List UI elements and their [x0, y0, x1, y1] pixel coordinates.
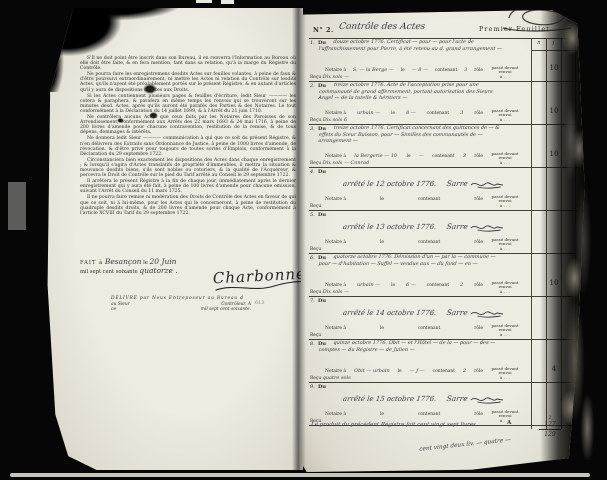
- instruction-paragraph: Ne contrôlera aucuns Actes que ceux fait…: [80, 115, 296, 135]
- le-label: le: [380, 326, 384, 331]
- notaire-label: Notaire à: [325, 369, 346, 374]
- notary-row: Notaire à le contenant rôle: [325, 240, 483, 245]
- fait-year-hand: quatorze .: [139, 266, 177, 275]
- paraph-flourish-header: [499, 0, 579, 38]
- du-label: Du: [318, 212, 326, 218]
- entry-number: 4.: [310, 169, 315, 175]
- recu-value: quatre sols: [323, 375, 351, 381]
- instruction-paragraph: S'Il ne doit point être inscrit dans son…: [80, 56, 296, 71]
- contenant-value: 3: [464, 67, 467, 73]
- controller-name: Sarre: [446, 308, 468, 317]
- le-value: — ƒ —: [410, 368, 425, 374]
- notaire-label: Notaire à: [325, 68, 346, 73]
- recu-label: Reçu: [310, 161, 321, 166]
- diagonal-note: cent vingt deux liv. — quatre —: [419, 437, 511, 453]
- folio-number: N° 2.: [313, 26, 334, 34]
- a-dots-label: à . . .: [485, 161, 525, 166]
- entry-body-handwriting: quatorze octobre 1776. Démission d'un — …: [318, 254, 507, 267]
- a-dots-label: à . . .: [485, 247, 525, 252]
- le-value: — 8 —: [412, 67, 428, 73]
- arrete-line: arrêté le 15 octobre 1776. Sarre: [342, 394, 533, 404]
- delivre-ce: ce: [111, 307, 116, 313]
- role-label: rôle: [474, 369, 483, 374]
- le-label: le: [391, 283, 395, 288]
- recu-row: Reçu Dix sols —: [310, 74, 349, 80]
- contenant-label: contenant: [418, 197, 440, 202]
- le-label: le: [380, 240, 384, 245]
- register-entry: 8. Du quinze octobre 1776. Obit — et l'H…: [309, 340, 577, 383]
- register-table: ₶ ſ d. 1. Du douze octobre 1776. Certifi…: [309, 38, 577, 417]
- notaire-value: la Bergerie — 10 ƒ: [354, 153, 398, 159]
- delivre-year: mil sept cent soixante.: [201, 307, 251, 313]
- entry-number: 7.: [310, 298, 315, 304]
- recu-value: Dix sols —: [323, 74, 349, 80]
- produit-line: Le produit du précédent Régistre fait ce…: [311, 422, 492, 428]
- passe-devant-stack: passé devant renvoi à . . .: [485, 195, 525, 209]
- le-value: —: [419, 153, 424, 159]
- du-label: Du: [318, 169, 326, 175]
- instruction-paragraph: Circonstanciera bien exactement les disp…: [80, 158, 296, 178]
- le-label: le: [407, 154, 411, 159]
- passe-devant-stack: passé devant renvoi à . . .: [485, 238, 525, 252]
- a-dots-label: à . . .: [485, 290, 525, 295]
- recu-row: Reçu Dix sols 6: [310, 117, 347, 123]
- role-label: rôle: [474, 111, 483, 116]
- contenant-label: contenant: [427, 283, 449, 288]
- recu-row: Reçu: [310, 203, 321, 209]
- le-label: le: [401, 68, 405, 73]
- notary-row: Notaire à urbain — le 6 — contenant 2 rô…: [325, 282, 483, 288]
- notaire-value: Obit — urbain: [354, 368, 390, 374]
- controller-name: Sarre: [446, 179, 468, 188]
- contenant-value: 2: [463, 368, 466, 374]
- scan-bottom-strip: [10, 473, 590, 477]
- scan-speck: [196, 0, 212, 3]
- fait-prefix: FAIT à: [80, 260, 103, 266]
- controller-name: Sarre: [446, 222, 468, 231]
- scan-speck: [221, 0, 234, 4]
- entry-number: 1.: [310, 40, 315, 46]
- role-label: rôle: [474, 197, 483, 202]
- recu-label: Reçu: [310, 333, 321, 338]
- notaire-label: Notaire à: [325, 326, 346, 331]
- passe-devant-stack: passé devant renvoi à . . .: [485, 109, 525, 123]
- passe-devant-stack: passé devant renvoi à . . .: [485, 324, 525, 338]
- right-page: N° 2. Contrôle des Actes Premier Feuille…: [301, 10, 586, 472]
- contenant-label: contenant: [418, 326, 440, 331]
- a-dots-label: à . . .: [485, 204, 525, 209]
- arrete-line: arrêté le 12 octobre 1776. Sarre: [342, 179, 533, 189]
- arrete-text: arrêté le 12 octobre 1776.: [342, 180, 436, 188]
- a-dots-label: à . . .: [485, 75, 525, 80]
- passe-devant-stack: passé devant renvoi à . . .: [485, 66, 525, 80]
- entry-body-handwriting: treize octobre 1776. Acte de l'acceptati…: [318, 82, 508, 102]
- printed-instructions: S'Il ne doit point être inscrit dans son…: [80, 56, 296, 217]
- recu-label: Reçu: [310, 247, 321, 252]
- entry-body-handwriting: treize octobre 1776. Certificat concerna…: [318, 125, 508, 145]
- left-page: S'Il ne doit point être inscrit dans son…: [45, 8, 303, 470]
- recu-row: Reçu: [310, 246, 321, 252]
- notary-row: Notaire à urbain — le 8 — contenant 3 rô…: [325, 110, 483, 116]
- le-label: le: [380, 197, 384, 202]
- fait-place: Besançon: [105, 257, 142, 266]
- notary-row: Notaire à Obit — urbain le — ƒ — contena…: [325, 368, 483, 374]
- paraph-flourish: [469, 180, 504, 189]
- le-value: 8 —: [406, 110, 416, 116]
- arrete-text: arrêté le 15 octobre 1776.: [342, 395, 436, 403]
- a-dots-label: à . . .: [485, 333, 525, 338]
- contenant-label: contenant: [433, 369, 455, 374]
- paraph-flourish: [469, 395, 504, 404]
- notaire-value: urbain —: [357, 110, 380, 116]
- arrete-text: arrêté le 13 octobre 1776.: [342, 223, 436, 231]
- role-label: rôle: [474, 240, 483, 245]
- notaire-value: urbain —: [357, 282, 380, 288]
- recu-label: Reçu: [310, 204, 321, 209]
- book-fore-edge: [558, 60, 600, 460]
- register-entry: 6. Du quatorze octobre 1776. Démission d…: [309, 254, 577, 297]
- contenant-label: contenant: [435, 68, 457, 73]
- register-title: Contrôle des Actes: [338, 22, 426, 32]
- recu-value: Dix sols — Conrad: [323, 160, 370, 166]
- instruction-paragraph: Il ne pourra faire remise ni modération …: [80, 195, 296, 215]
- entry-body-handwriting: douze octobre 1776. Certificat — pour — …: [318, 39, 507, 52]
- notaire-label: Notaire à: [325, 111, 346, 116]
- notary-row: Notaire à le contenant rôle: [325, 197, 483, 202]
- arrete-line: arrêté le 14 octobre 1776. Sarre: [342, 308, 533, 318]
- entries-container: 1. Du douze octobre 1776. Certificat — p…: [309, 39, 577, 426]
- entry-body-handwriting: quinze octobre 1776. Obit — et l'Hôtel —…: [318, 340, 507, 353]
- entry-number: 3.: [310, 126, 315, 132]
- register-entry: 4. Du arrêté le 12 octobre 1776. Sarre N…: [309, 168, 577, 211]
- notary-row: Notaire à S. — la Berge — le — 8 — conte…: [325, 67, 483, 73]
- contenant-label: contenant: [427, 111, 449, 116]
- paraph-flourish: [469, 223, 504, 232]
- role-label: rôle: [474, 154, 483, 159]
- contenant-label: contenant: [432, 154, 454, 159]
- recu-row: Reçu Dix sols —: [310, 289, 349, 295]
- recu-label: Reçu: [310, 75, 321, 80]
- instruction-paragraph: Ne donnera ledit Sieur ———— communicatio…: [80, 136, 296, 156]
- entry-number: 8.: [310, 341, 315, 347]
- fait-day: 20 Juin: [150, 257, 177, 266]
- arrete-text: arrêté le 14 octobre 1776.: [342, 309, 436, 317]
- passe-devant-stack: passé devant renvoi à . . .: [485, 281, 525, 295]
- notaire-label: Notaire à: [325, 283, 346, 288]
- du-label: Du: [318, 384, 326, 390]
- scan-left-tab: [8, 182, 26, 230]
- notaire-label: Notaire à: [325, 240, 346, 245]
- arrete-line: arrêté le 13 octobre 1776. Sarre: [342, 222, 533, 232]
- instruction-paragraph: Si les Actes contiennent plusieurs pages…: [80, 94, 296, 114]
- a-label: A: [507, 420, 511, 426]
- a-dots-label: à . . .: [485, 376, 525, 381]
- notary-row: Notaire à le contenant rôle: [325, 326, 483, 331]
- contenant-value: 2: [460, 282, 463, 288]
- notaire-label: Notaire à: [325, 197, 346, 202]
- role-label: rôle: [474, 283, 483, 288]
- instruction-paragraph: Ne pourra faire les enregistremens desdi…: [80, 72, 296, 92]
- le-label: le: [391, 111, 395, 116]
- register-entry: 3. Du treize octobre 1776. Certificat co…: [309, 125, 577, 168]
- book-gutter-shadow: [292, 6, 306, 472]
- page-footer: Le produit du précédent Régistre fait ce…: [309, 416, 577, 466]
- fait-year-printed: mil sept cent soixante: [80, 269, 138, 275]
- a-dots-label: à . . .: [485, 118, 525, 123]
- register-entry: 7. Du arrêté le 14 octobre 1776. Sarre N…: [309, 297, 577, 340]
- le-label: le: [398, 369, 402, 374]
- recu-row: Reçu Dix sols — Conrad: [310, 160, 369, 166]
- instruction-paragraph: Il arrêtera le présent Régistre à la fin…: [80, 179, 296, 194]
- paraph-flourish: [469, 309, 504, 318]
- recu-label: Reçu: [310, 290, 321, 295]
- role-label: rôle: [474, 68, 483, 73]
- notaire-value: S. — la Berge —: [353, 67, 394, 73]
- register-entry: 2. Du treize octobre 1776. Acte de l'acc…: [309, 82, 577, 125]
- scanned-register-page: { "page_left": { "paragraphs": [ "S'Il n…: [0, 0, 607, 480]
- role-label: rôle: [474, 326, 483, 331]
- entry-number: 2.: [310, 83, 315, 89]
- notaire-label: Notaire à: [325, 154, 346, 159]
- recu-row: Reçu quatre sols: [310, 375, 351, 381]
- contenant-value: 3: [463, 153, 466, 159]
- contenant-value: 3: [460, 110, 463, 116]
- notary-row: Notaire à la Bergerie — 10 ƒ le — conten…: [325, 153, 483, 159]
- delivre-block: DÉLIVRÉ par Nous Entreposeur au Bureau d…: [111, 296, 251, 313]
- recu-value: Dix sols 6: [323, 117, 348, 123]
- controller-name: Sarre: [446, 394, 468, 403]
- entry-number: 9.: [310, 384, 315, 390]
- entry-number: 5.: [310, 212, 315, 218]
- register-entry: 5. Du arrêté le 13 octobre 1776. Sarre N…: [309, 211, 577, 254]
- passe-devant-stack: passé devant renvoi à . . .: [485, 152, 525, 166]
- recu-value: Dix sols —: [323, 289, 349, 295]
- du-label: Du: [318, 298, 326, 304]
- recu-row: Reçu: [310, 332, 321, 338]
- register-entry: 1. Du douze octobre 1776. Certificat — p…: [309, 39, 577, 82]
- recu-label: Reçu: [310, 118, 321, 123]
- passe-devant-stack: passé devant renvoi à . . .: [485, 367, 525, 381]
- recu-label: Reçu: [310, 376, 321, 381]
- le-value: 6 —: [406, 282, 416, 288]
- entry-number: 6.: [310, 255, 315, 261]
- pencil-note: 613: [255, 300, 265, 306]
- contenant-label: contenant: [418, 240, 440, 245]
